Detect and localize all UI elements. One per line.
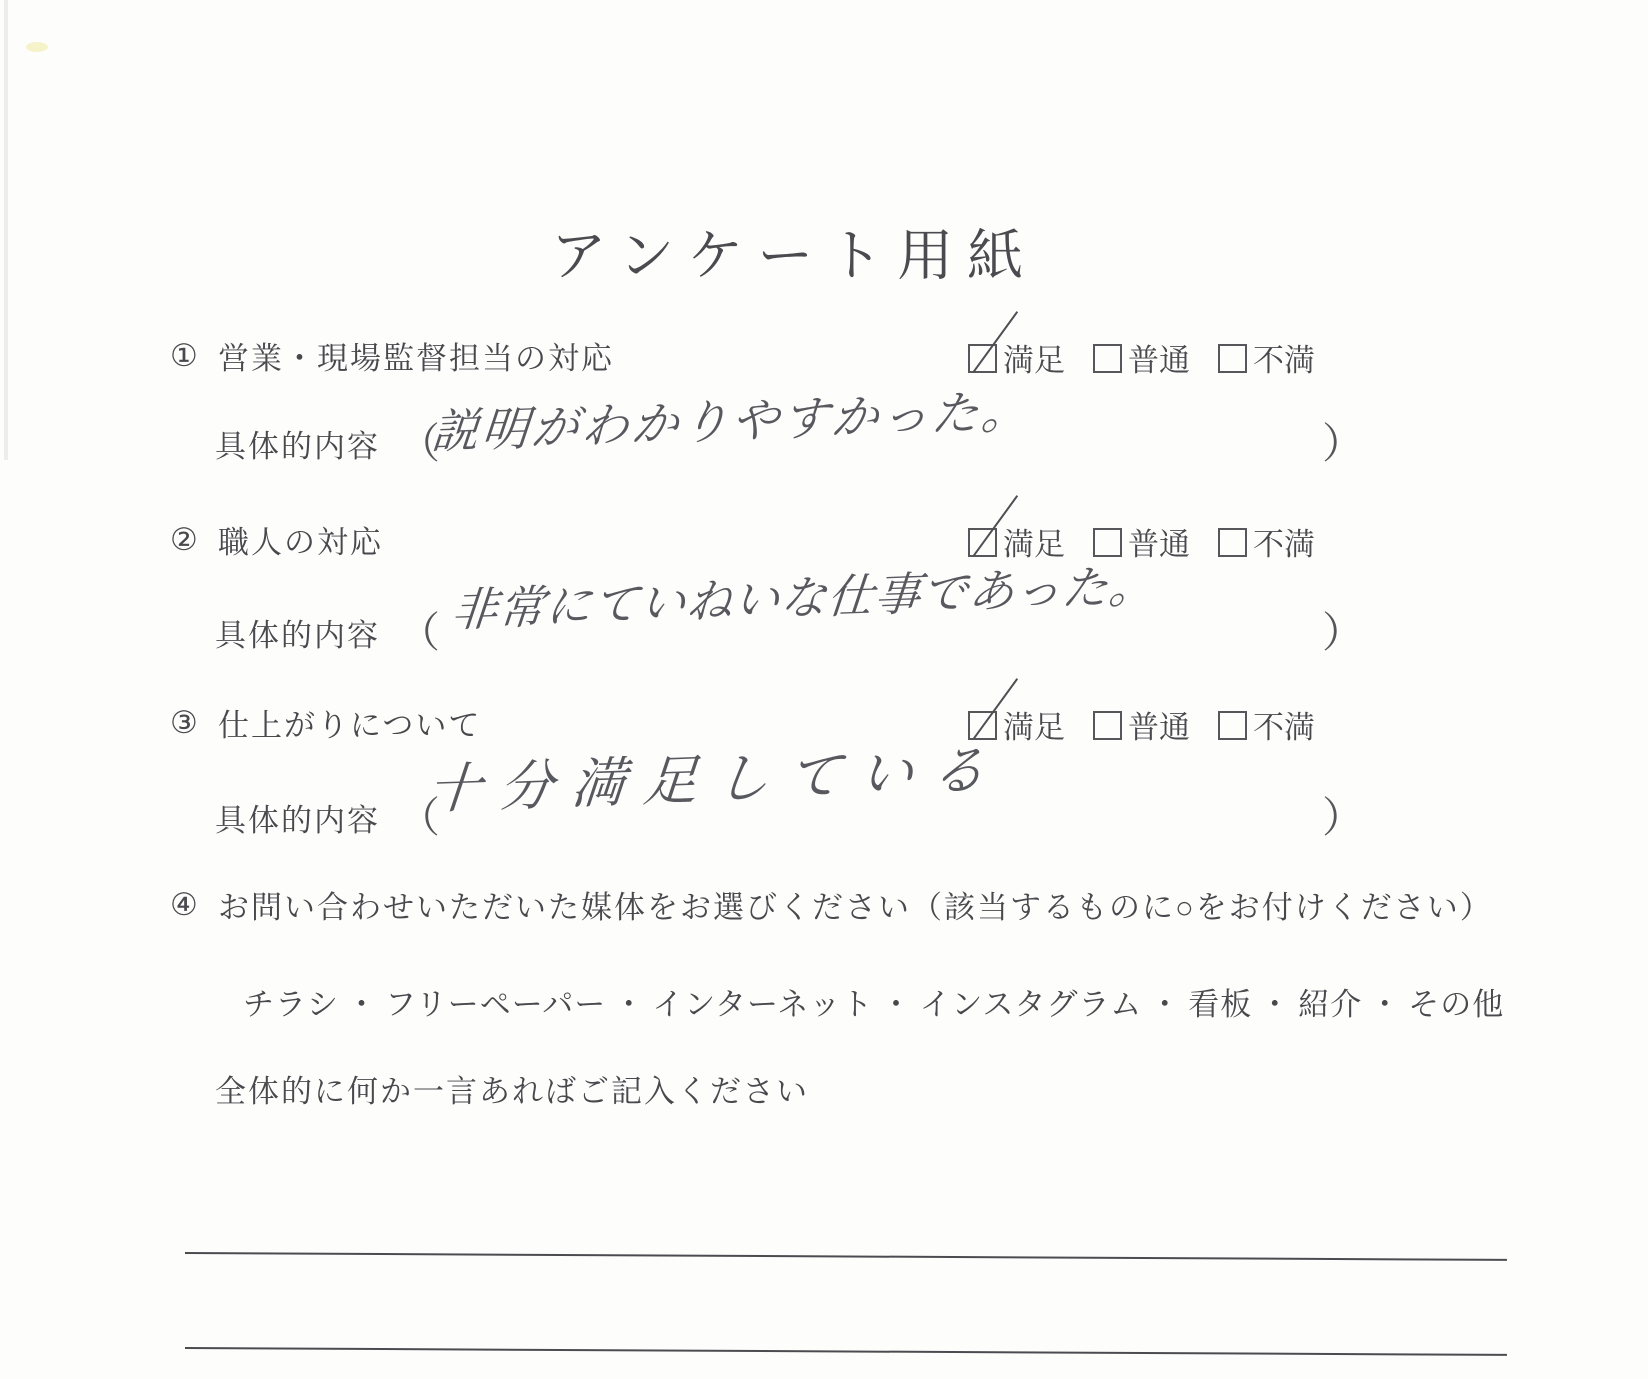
media-option-kanban: 看板 xyxy=(1188,979,1252,1024)
question-3-ratings: 満足 普通 不満 xyxy=(968,702,1315,747)
paren-close: ） xyxy=(1322,785,1364,845)
question-1-row: ① 営業・現場監督担当の対応 xyxy=(170,333,614,378)
paren-open: （ xyxy=(398,600,440,660)
media-options-line: チラシ・フリーペーパー・インターネット・インスタグラム・看板・紹介・その他 xyxy=(243,979,1504,1024)
question-3-number: ③ xyxy=(170,705,218,741)
question-2-number: ② xyxy=(170,522,218,558)
rating-normal: 普通 xyxy=(1093,702,1190,747)
comment-3-row: 具体的内容 （ 十分満足している ） xyxy=(0,789,1648,859)
comment-1-label: 具体的内容 xyxy=(215,421,380,466)
paren-close: ） xyxy=(1322,600,1364,660)
media-separator: ・ xyxy=(346,987,378,1022)
question-1-number: ① xyxy=(170,338,218,374)
checkbox-normal-icon xyxy=(1093,344,1122,373)
checkbox-satisfied-checked-icon xyxy=(968,344,997,373)
comment-2-row: 具体的内容 （ 非常にていねいな仕事であった。 ） xyxy=(0,604,1648,674)
rating-label: 満足 xyxy=(1003,702,1065,747)
checkbox-normal-icon xyxy=(1093,711,1122,740)
comment-3-label: 具体的内容 xyxy=(215,795,380,840)
rating-dissatisfied: 不満 xyxy=(1218,519,1315,564)
media-option-shoukai: 紹介 xyxy=(1298,979,1362,1024)
rating-label: 不満 xyxy=(1253,335,1315,380)
scan-speck-artifact xyxy=(26,42,48,52)
checkbox-dissatisfied-icon xyxy=(1218,344,1247,373)
rating-label: 不満 xyxy=(1253,519,1315,564)
handwritten-comment-3: 十分満足している xyxy=(425,727,1007,824)
question-2-row: ② 職人の対応 xyxy=(170,517,383,562)
writing-line-2 xyxy=(185,1347,1507,1356)
handwritten-comment-2: 非常にていねいな仕事であった。 xyxy=(449,549,1159,640)
question-4-row: ④ お問い合わせいただいた媒体をお選びください（該当するものに○をお付けください… xyxy=(170,882,1493,927)
comment-1-row: 具体的内容 （ 説明がわかりやすかった。 ） xyxy=(0,415,1648,485)
survey-sheet: アンケート用紙 ① 営業・現場監督担当の対応 満足 普通 不満 具体的内容 （ … xyxy=(0,0,1648,1379)
rating-label: 普通 xyxy=(1128,702,1190,747)
checkbox-satisfied-checked-icon xyxy=(968,528,997,557)
question-3-label: 仕上がりについて xyxy=(218,700,481,745)
question-1-label: 営業・現場監督担当の対応 xyxy=(218,333,614,378)
media-option-sonota: その他 xyxy=(1408,979,1504,1024)
question-2-label: 職人の対応 xyxy=(218,517,383,562)
rating-dissatisfied: 不満 xyxy=(1218,702,1315,747)
question-4-number: ④ xyxy=(170,887,218,923)
media-separator: ・ xyxy=(613,987,645,1022)
writing-line-1 xyxy=(185,1252,1507,1261)
comment-2-label: 具体的内容 xyxy=(215,610,380,655)
handwritten-comment-1: 説明がわかりやすかった。 xyxy=(429,374,1035,462)
page-title: アンケート用紙 xyxy=(0,212,1588,292)
rating-dissatisfied: 不満 xyxy=(1218,335,1315,380)
media-separator: ・ xyxy=(1369,987,1401,1022)
overall-comment-label: 全体的に何か一言あればご記入ください xyxy=(215,1066,809,1111)
media-separator: ・ xyxy=(880,987,912,1022)
rating-normal: 普通 xyxy=(1093,335,1190,380)
media-separator: ・ xyxy=(1149,987,1181,1022)
question-1-ratings: 満足 普通 不満 xyxy=(968,335,1315,380)
question-4-label: お問い合わせいただいた媒体をお選びください（該当するものに○をお付けください） xyxy=(218,882,1493,927)
media-option-instagram: インスタグラム xyxy=(919,979,1142,1024)
media-option-freepaper: フリーペーパー xyxy=(385,979,606,1024)
media-option-chirashi: チラシ xyxy=(243,979,339,1024)
media-option-internet: インターネット xyxy=(652,979,873,1024)
rating-label: 不満 xyxy=(1253,702,1315,747)
rating-satisfied: 満足 xyxy=(968,335,1065,380)
rating-label: 普通 xyxy=(1128,335,1190,380)
checkbox-dissatisfied-icon xyxy=(1218,528,1247,557)
paren-close: ） xyxy=(1322,411,1364,471)
media-separator: ・ xyxy=(1259,987,1291,1022)
question-3-row: ③ 仕上がりについて xyxy=(170,700,481,745)
checkbox-dissatisfied-icon xyxy=(1218,711,1247,740)
